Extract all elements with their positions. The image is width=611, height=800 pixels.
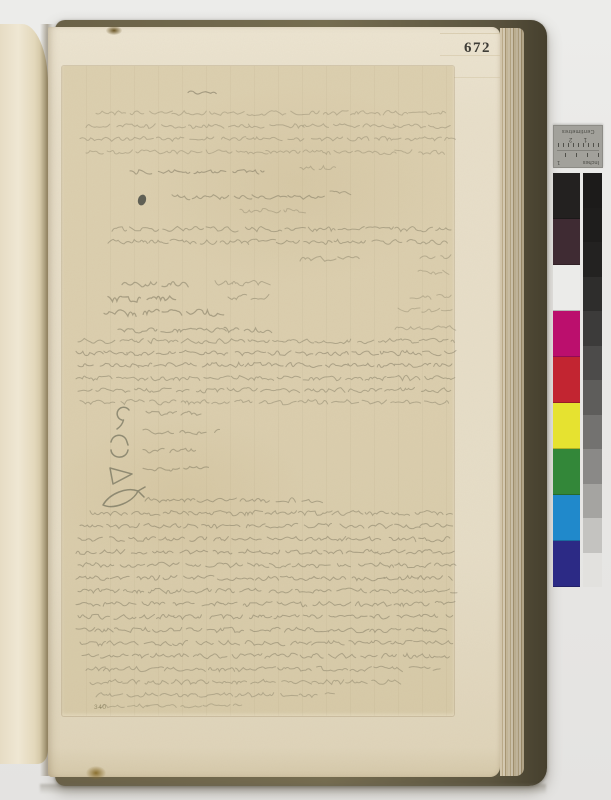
patch-maroon: [553, 219, 580, 265]
corner-mark: 340: [94, 704, 107, 711]
gray-step-11: [583, 553, 602, 588]
patch-azure: [553, 495, 580, 541]
manuscript-leaf: [62, 66, 454, 716]
photographed-manuscript-scene: 672 340 Inches 1 1 2 Centimetres: [0, 0, 611, 800]
cm-numbers: 1 2: [563, 136, 592, 142]
corner-speck: [86, 766, 106, 780]
patch-navy: [553, 541, 580, 587]
folio-number: 672: [464, 40, 491, 57]
gray-step-7: [583, 415, 602, 450]
patch-magenta: [553, 311, 580, 357]
grayscale-column: [583, 173, 602, 587]
ruler-divider: [557, 150, 599, 151]
gray-step-8: [583, 449, 602, 484]
inch-number: 1: [557, 159, 560, 165]
patch-green: [553, 449, 580, 495]
inch-tick-strip: [557, 153, 599, 157]
gray-step-5: [583, 346, 602, 381]
patch-white: [553, 265, 580, 311]
patch-black: [553, 173, 580, 219]
cm-tick-strip: [557, 143, 599, 147]
centimetres-label: Centimetres: [557, 128, 599, 134]
inches-label: Inches: [583, 159, 599, 165]
gray-step-3: [583, 277, 602, 312]
gutter-speck: [106, 26, 122, 35]
patch-yellow: [553, 403, 580, 449]
patch-red: [553, 357, 580, 403]
ruler-card: Inches 1 1 2 Centimetres: [553, 125, 603, 168]
fore-edge-page-stack: [500, 28, 524, 776]
cm-number-1: 1: [584, 136, 587, 142]
cm-number-2: 2: [569, 136, 572, 142]
gray-step-0: [583, 173, 602, 208]
patch-column: [553, 173, 580, 587]
book-drop-shadow: [40, 784, 546, 794]
gray-step-6: [583, 380, 602, 415]
inch-row: Inches 1: [557, 159, 599, 165]
gray-step-10: [583, 518, 602, 553]
gray-step-2: [583, 242, 602, 277]
gray-step-4: [583, 311, 602, 346]
gray-step-9: [583, 484, 602, 519]
gray-step-1: [583, 208, 602, 243]
